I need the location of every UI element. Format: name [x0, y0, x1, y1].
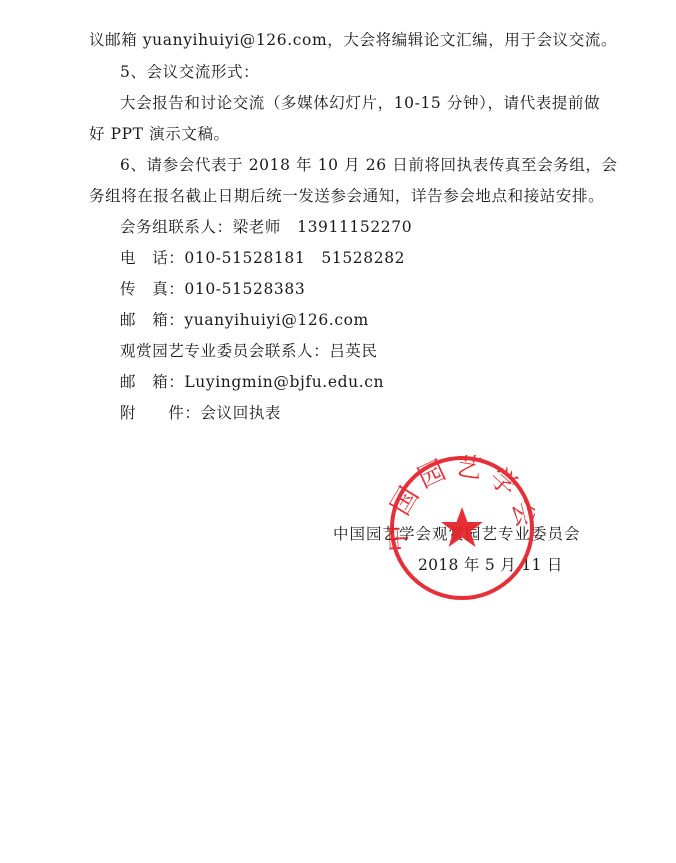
contact-row-committee-email: 邮 箱：Luyingmin@bjfu.edu.cn: [120, 372, 384, 392]
signature-organization: 中国园艺学会观赏园艺专业委员会: [333, 524, 581, 544]
contact-value: 010-51528181 51528282: [184, 249, 405, 267]
contact-row-fax: 传 真：010-51528383: [120, 279, 305, 299]
contact-label: 邮 箱：: [120, 373, 184, 391]
contact-value: 会议回执表: [201, 404, 282, 422]
contact-row-email: 邮 箱：yuanyihuiyi@126.com: [120, 310, 369, 330]
contact-row-organizer: 会务组联系人：梁老师 13911152270: [120, 217, 412, 237]
contact-label: 电 话：: [120, 249, 184, 267]
contact-label: 传 真：: [120, 280, 184, 298]
contact-label: 邮 箱：: [120, 311, 184, 329]
contact-label: 附 件：: [120, 404, 201, 422]
contact-value: Luyingmin@bjfu.edu.cn: [184, 373, 384, 391]
contact-row-attachment: 附 件：会议回执表: [120, 403, 281, 423]
contact-value: 梁老师 13911152270: [233, 218, 412, 236]
contact-value: 吕英民: [329, 342, 377, 360]
contact-row-phone: 电 话：010-51528181 51528282: [120, 248, 405, 268]
contact-value: yuanyihuiyi@126.com: [184, 311, 368, 329]
section-6-line1: 6、请参会代表于 2018 年 10 月 26 日前将回执表传真至会务组，会: [120, 155, 618, 175]
section-6-line2: 务组将在报名截止日期后统一发送参会通知，详告参会地点和接站安排。: [89, 186, 604, 206]
contact-label: 观赏园艺专业委员会联系人：: [120, 342, 329, 360]
section-5-body-line1: 大会报告和讨论交流（多媒体幻灯片，10-15 分钟），请代表提前做: [120, 93, 600, 113]
paragraph-email-continuation: 议邮箱 yuanyihuiyi@126.com，大会将编辑论文汇编，用于会议交流…: [89, 30, 617, 50]
signature-date: 2018 年 5 月 11 日: [418, 555, 563, 575]
contact-label: 会务组联系人：: [120, 218, 233, 236]
document-page: 议邮箱 yuanyihuiyi@126.com，大会将编辑论文汇编，用于会议交流…: [0, 0, 676, 863]
contact-row-committee-contact: 观赏园艺专业委员会联系人：吕英民: [120, 341, 378, 361]
section-5-title: 5、会议交流形式：: [120, 62, 259, 82]
section-5-body-line2: 好 PPT 演示文稿。: [89, 124, 230, 144]
contact-value: 010-51528383: [184, 280, 305, 298]
